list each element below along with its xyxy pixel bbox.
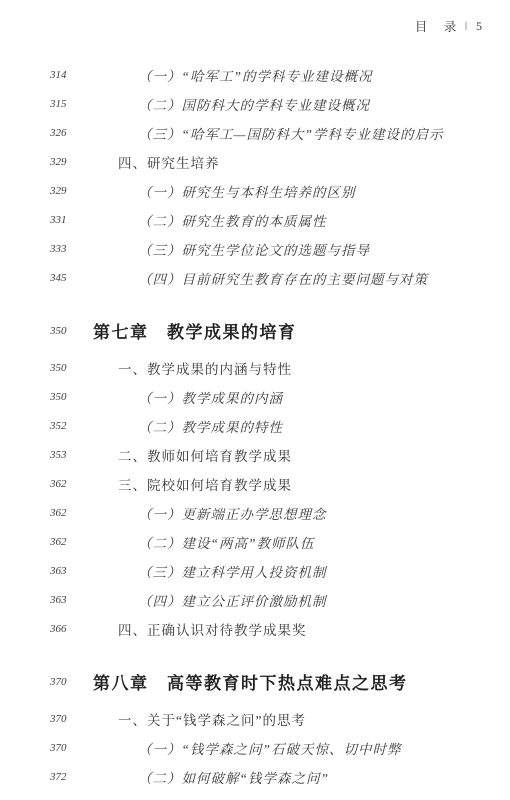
toc-page-number: 329: [50, 156, 93, 168]
toc-entry: 326 （三）“哈军工—国防科大”学科专业建设的启示: [50, 118, 510, 147]
toc-page-number: 370: [50, 676, 93, 688]
toc-entry-title: （一）“哈军工”的学科专业建设概况: [138, 65, 373, 85]
toc-page-number: 315: [50, 98, 93, 110]
toc-page-number: 362: [50, 536, 93, 548]
toc-page-number: 345: [50, 272, 93, 284]
toc-entry: 372 （二）如何破解“钱学森之问”: [50, 762, 510, 791]
toc-entry-title: （一）教学成果的内涵: [138, 387, 283, 407]
toc-entry: 314 （一）“哈军工”的学科专业建设概况: [50, 60, 510, 89]
toc-entry: 362 （一）更新端正办学思想理念: [50, 498, 510, 527]
toc-list: 314 （一）“哈军工”的学科专业建设概况 315 （二）国防科大的学科专业建设…: [0, 60, 510, 791]
toc-page-number: 370: [50, 713, 93, 725]
toc-page-number: 362: [50, 478, 93, 490]
toc-page: 目 录 ‖ 5 314 （一）“哈军工”的学科专业建设概况 315 （二）国防科…: [0, 0, 510, 800]
toc-entry-title: （二）教学成果的特性: [138, 416, 283, 436]
toc-entry: 345 （四）目前研究生教育存在的主要问题与对策: [50, 263, 510, 292]
header-title: 目 录: [415, 17, 459, 35]
toc-entry-title: （三）研究生学位论文的选题与指导: [138, 239, 370, 259]
toc-page-number: 350: [50, 362, 93, 374]
toc-entry: 352 （二）教学成果的特性: [50, 411, 510, 440]
toc-chapter-heading: 370 第八章 高等教育时下热点难点之思考: [50, 666, 510, 696]
toc-entry-title: （二）国防科大的学科专业建设概况: [138, 94, 370, 114]
toc-entry-title: 四、研究生培养: [118, 152, 220, 172]
toc-entry: 363 （三）建立科学用人投资机制: [50, 556, 510, 585]
toc-entry: 329 （一）研究生与本科生培养的区别: [50, 176, 510, 205]
toc-page-number: 353: [50, 449, 93, 461]
toc-chapter-heading: 350 第七章 教学成果的培育: [50, 315, 510, 345]
toc-entry-title: （二）如何破解“钱学森之问”: [138, 767, 329, 787]
toc-entry-title: 三、院校如何培育教学成果: [118, 474, 292, 494]
toc-entry-title: （二）建设“两高”教师队伍: [138, 532, 315, 552]
toc-page-number: 333: [50, 243, 93, 255]
toc-entry-title: （四）建立公正评价激励机制: [138, 590, 327, 610]
toc-entry: 350 一、教学成果的内涵与特性: [50, 353, 510, 382]
toc-entry-title: （一）“钱学森之问”石破天惊、切中时弊: [138, 738, 402, 758]
toc-page-number: 329: [50, 185, 93, 197]
toc-page-number: 366: [50, 623, 93, 635]
toc-entry-title: 四、正确认识对待教学成果奖: [118, 619, 307, 639]
toc-page-number: 363: [50, 594, 93, 606]
toc-entry: 362 三、院校如何培育教学成果: [50, 469, 510, 498]
toc-entry: 370 （一）“钱学森之问”石破天惊、切中时弊: [50, 733, 510, 762]
toc-entry-title: 一、教学成果的内涵与特性: [118, 358, 292, 378]
toc-page-number: 314: [50, 69, 93, 81]
toc-page-number: 331: [50, 214, 93, 226]
toc-page-number: 350: [50, 325, 93, 337]
toc-entry: 353 二、教师如何培育教学成果: [50, 440, 510, 469]
toc-page-number: 362: [50, 507, 93, 519]
toc-page-number: 352: [50, 420, 93, 432]
toc-entry-title: （一）研究生与本科生培养的区别: [138, 181, 356, 201]
header-page-number: 5: [476, 19, 482, 34]
toc-entry-title: （四）目前研究生教育存在的主要问题与对策: [138, 268, 428, 288]
toc-entry: 333 （三）研究生学位论文的选题与指导: [50, 234, 510, 263]
toc-page-number: 370: [50, 742, 93, 754]
toc-entry: 331 （二）研究生教育的本质属性: [50, 205, 510, 234]
toc-entry: 370 一、关于“钱学森之问”的思考: [50, 704, 510, 733]
toc-entry: 329 四、研究生培养: [50, 147, 510, 176]
toc-page-number: 372: [50, 771, 93, 783]
toc-entry-title: （三）建立科学用人投资机制: [138, 561, 327, 581]
toc-entry-title: （一）更新端正办学思想理念: [138, 503, 327, 523]
toc-entry-title: （三）“哈军工—国防科大”学科专业建设的启示: [138, 123, 444, 143]
toc-entry-title: （二）研究生教育的本质属性: [138, 210, 327, 230]
toc-entry: 350 （一）教学成果的内涵: [50, 382, 510, 411]
toc-entry: 315 （二）国防科大的学科专业建设概况: [50, 89, 510, 118]
toc-page-number: 350: [50, 391, 93, 403]
toc-chapter-title: 第七章 教学成果的培育: [93, 318, 297, 343]
toc-entry-title: 二、教师如何培育教学成果: [118, 445, 292, 465]
toc-page-number: 363: [50, 565, 93, 577]
toc-entry-title: 一、关于“钱学森之问”的思考: [118, 709, 306, 729]
toc-entry: 363 （四）建立公正评价激励机制: [50, 585, 510, 614]
toc-chapter-title: 第八章 高等教育时下热点难点之思考: [93, 669, 408, 694]
header-separator: ‖: [464, 18, 468, 34]
toc-page-number: 326: [50, 127, 93, 139]
toc-entry: 362 （二）建设“两高”教师队伍: [50, 527, 510, 556]
page-header: 目 录 ‖ 5: [415, 17, 482, 35]
toc-entry: 366 四、正确认识对待教学成果奖: [50, 614, 510, 643]
